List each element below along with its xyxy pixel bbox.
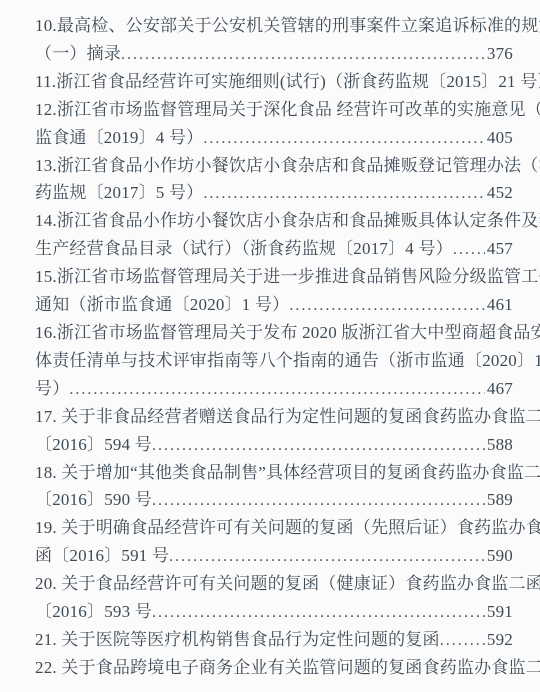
toc-line: 16.浙江省市场监督管理局关于发布 2020 版浙江省大中型商超食品安全主 — [35, 319, 513, 347]
page-number: 461 — [485, 291, 513, 319]
toc-line: 体责任清单与技术评审指南等八个指南的通告（浙市监通〔2020〕10 — [35, 347, 513, 375]
dot-leader — [289, 291, 485, 319]
toc-line: 药监规〔2017〕5 号）452 — [35, 179, 513, 207]
toc-line: 20. 关于食品经营许可有关问题的复函（健康证）食药监办食监二函 — [35, 570, 513, 598]
toc-line: 监食通〔2019〕4 号）405 — [35, 124, 513, 152]
dot-leader — [152, 486, 485, 514]
toc-line: 22. 关于食品跨境电子商务企业有关监管问题的复函食药监办食监二函 — [35, 654, 513, 682]
toc-line: 21. 关于医院等医疗机构销售食品行为定性问题的复函592 — [35, 626, 513, 654]
toc-line-text: 〔2016〕594 号 — [35, 431, 152, 459]
toc-line: 〔2016〕590 号589 — [35, 486, 513, 514]
toc-line-text: 函〔2016〕591 号 — [35, 542, 169, 570]
page-number: 457 — [485, 235, 513, 263]
toc-line-text: 10.最高检、公安部关于公安机关管辖的刑事案件立案追诉标准的规定 — [35, 16, 540, 35]
toc-line: 15.浙江省市场监督管理局关于进一步推进食品销售风险分级监管工作的 — [35, 263, 513, 291]
dot-leader — [69, 375, 484, 403]
toc-line-text: 体责任清单与技术评审指南等八个指南的通告（浙市监通〔2020〕10 — [35, 351, 540, 370]
page-number: 405 — [485, 124, 513, 152]
toc-line-text: 号） — [35, 375, 69, 403]
toc-line-text: （一）摘录 — [35, 40, 121, 68]
dot-leader — [453, 235, 485, 263]
toc-line: 〔2016〕594 号588 — [35, 431, 513, 459]
toc-line-text: 16.浙江省市场监督管理局关于发布 2020 版浙江省大中型商超食品安全主 — [35, 323, 540, 342]
page-number: 376 — [485, 40, 513, 68]
toc-line: （一）摘录376 — [35, 40, 513, 68]
page-number: 588 — [485, 431, 513, 459]
toc-line-text: 监食通〔2019〕4 号） — [35, 124, 203, 152]
page-number: 589 — [485, 486, 513, 514]
toc-line-text: 生产经营食品目录（试行）（浙食药监规〔2017〕4 号） — [35, 235, 453, 263]
toc-line: 通知（浙市监食通〔2020〕1 号）461 — [35, 291, 513, 319]
toc-line: 生产经营食品目录（试行）（浙食药监规〔2017〕4 号）457 — [35, 235, 513, 263]
dot-leader — [169, 542, 485, 570]
toc-line: 函〔2016〕591 号590 — [35, 542, 513, 570]
toc-line: 12.浙江省市场监督管理局关于深化食品 经营许可改革的实施意见（浙市 — [35, 96, 513, 124]
page-number: 591 — [485, 598, 513, 626]
toc-list: 10.最高检、公安部关于公安机关管辖的刑事案件立案追诉标准的规定（一）摘录376… — [35, 12, 513, 682]
page-number: 592 — [485, 626, 513, 654]
toc-line-text: 22. 关于食品跨境电子商务企业有关监管问题的复函食药监办食监二函 — [35, 658, 540, 677]
page-number: 590 — [485, 542, 513, 570]
toc-page: 10.最高检、公安部关于公安机关管辖的刑事案件立案追诉标准的规定（一）摘录376… — [0, 0, 540, 692]
toc-line-text: 〔2016〕590 号 — [35, 486, 152, 514]
toc-line: 10.最高检、公安部关于公安机关管辖的刑事案件立案追诉标准的规定 — [35, 12, 513, 40]
page-number: 467 — [485, 375, 513, 403]
toc-line-text: 药监规〔2017〕5 号） — [35, 179, 203, 207]
toc-line: 18. 关于增加“其他类食品制售”具体经营项目的复函食药监办食监二函 — [35, 459, 513, 487]
dot-leader — [203, 179, 485, 207]
toc-line: 〔2016〕593 号591 — [35, 598, 513, 626]
dot-leader — [440, 626, 485, 654]
toc-line: 19. 关于明确食品经营许可有关问题的复函（先照后证）食药监办食监二 — [35, 514, 513, 542]
toc-line-text: 11.浙江省食品经营许可实施细则(试行)（浙食药监规〔2015〕21 号） — [35, 68, 540, 96]
toc-line: 11.浙江省食品经营许可实施细则(试行)（浙食药监规〔2015〕21 号）384 — [35, 68, 513, 96]
toc-line: 号）467 — [35, 375, 513, 403]
toc-line-text: 19. 关于明确食品经营许可有关问题的复函（先照后证）食药监办食监二 — [35, 518, 540, 537]
dot-leader — [203, 124, 485, 152]
toc-line-text: 通知（浙市监食通〔2020〕1 号） — [35, 291, 289, 319]
toc-line-text: 18. 关于增加“其他类食品制售”具体经营项目的复函食药监办食监二函 — [35, 463, 540, 482]
page-number: 452 — [485, 179, 513, 207]
toc-line-text: 21. 关于医院等医疗机构销售食品行为定性问题的复函 — [35, 626, 440, 654]
toc-line: 13.浙江省食品小作坊小餐饮店小食杂店和食品摊贩登记管理办法（浙食 — [35, 152, 513, 180]
toc-line-text: 12.浙江省市场监督管理局关于深化食品 经营许可改革的实施意见（浙市 — [35, 100, 540, 119]
toc-line-text: 15.浙江省市场监督管理局关于进一步推进食品销售风险分级监管工作的 — [35, 267, 540, 286]
dot-leader — [152, 598, 485, 626]
toc-line-text: 14.浙江省食品小作坊小餐饮店小食杂店和食品摊贩具体认定条件及禁止 — [35, 211, 540, 230]
toc-line: 17. 关于非食品经营者赠送食品行为定性问题的复函食药监办食监二函 — [35, 403, 513, 431]
toc-line-text: 20. 关于食品经营许可有关问题的复函（健康证）食药监办食监二函 — [35, 574, 540, 593]
toc-line-text: 〔2016〕593 号 — [35, 598, 152, 626]
toc-line: 14.浙江省食品小作坊小餐饮店小食杂店和食品摊贩具体认定条件及禁止 — [35, 207, 513, 235]
dot-leader — [152, 431, 485, 459]
toc-line-text: 17. 关于非食品经营者赠送食品行为定性问题的复函食药监办食监二函 — [35, 407, 540, 426]
toc-line-text: 13.浙江省食品小作坊小餐饮店小食杂店和食品摊贩登记管理办法（浙食 — [35, 156, 540, 175]
dot-leader — [121, 40, 485, 68]
